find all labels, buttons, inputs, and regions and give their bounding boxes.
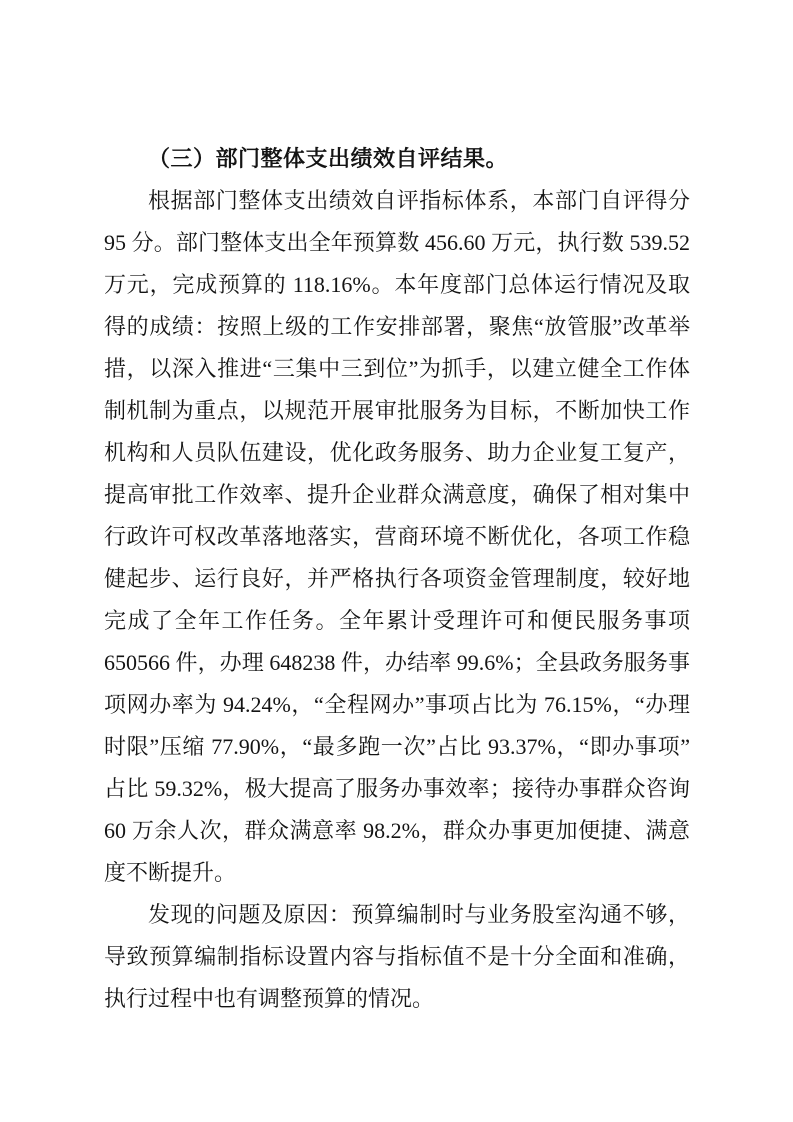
paragraph: 根据部门整体支出绩效自评指标体系，本部门自评得分 95 分。部门整体支出全年预算… <box>104 180 690 894</box>
paragraphs: 根据部门整体支出绩效自评指标体系，本部门自评得分 95 分。部门整体支出全年预算… <box>104 180 690 1020</box>
document-page: （三）部门整体支出绩效自评结果。 根据部门整体支出绩效自评指标体系，本部门自评得… <box>0 0 793 1122</box>
section-heading: （三）部门整体支出绩效自评结果。 <box>104 138 690 180</box>
document-content: （三）部门整体支出绩效自评结果。 根据部门整体支出绩效自评指标体系，本部门自评得… <box>104 138 690 1020</box>
paragraph: 发现的问题及原因：预算编制时与业务股室沟通不够，导致预算编制指标设置内容与指标值… <box>104 894 690 1020</box>
